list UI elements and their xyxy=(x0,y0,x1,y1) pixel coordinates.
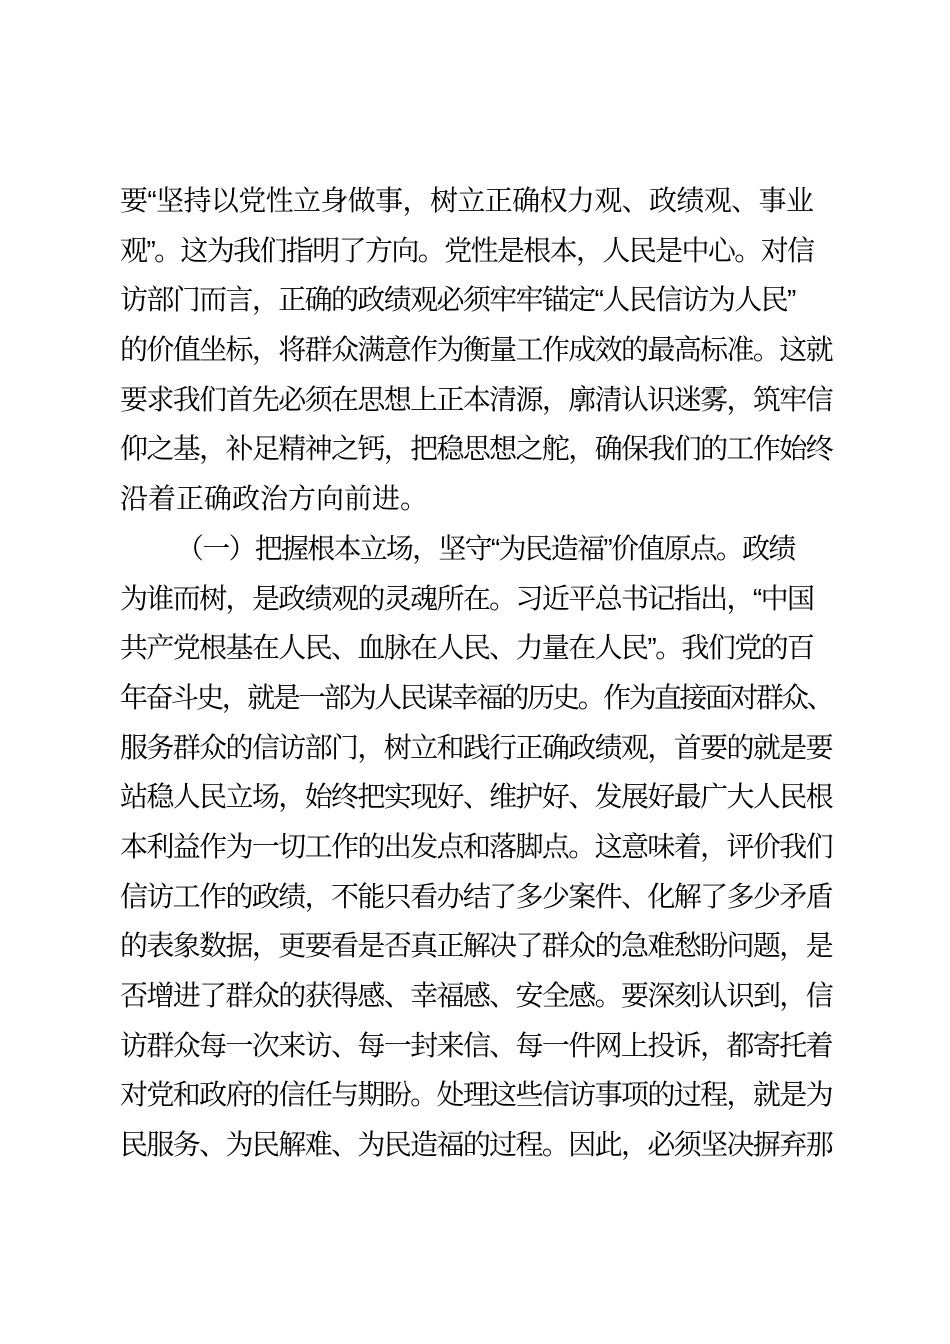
text-line: 对党和政府的信任与期盼。处理这些信访事项的过程，就是为 xyxy=(120,1070,832,1120)
text-line: 的表象数据，更要看是否真正解决了群众的急难愁盼问题，是 xyxy=(120,921,832,971)
text-line-paragraph-start: （一）把握根本立场，坚守“为民造福”价值原点。政绩 xyxy=(120,524,832,574)
text-line-paragraph-end: 沿着正确政治方向前进。 xyxy=(120,474,832,524)
text-line: 服务群众的信访部门，树立和践行正确政绩观，首要的就是要 xyxy=(120,723,832,773)
text-line: 的价值坐标，将群众满意作为衡量工作成效的最高标准。这就 xyxy=(120,325,832,375)
document-page: 要“坚持以党性立身做事，树立正确权力观、政绩观、事业 观”。这为我们指明了方向。… xyxy=(0,0,950,1344)
text-line: 民服务、为民解难、为民造福的过程。因此，必须坚决摒弃那 xyxy=(120,1120,832,1170)
text-line: 本利益作为一切工作的出发点和落脚点。这意味着，评价我们 xyxy=(120,822,832,872)
text-line: 观”。这为我们指明了方向。党性是根本，人民是中心。对信 xyxy=(120,226,832,276)
text-line: 仰之基，补足精神之钙，把稳思想之舵，确保我们的工作始终 xyxy=(120,424,832,474)
text-line: 共产党根基在人民、血脉在人民、力量在人民”。我们党的百 xyxy=(120,623,832,673)
text-line: 否增进了群众的获得感、幸福感、安全感。要深刻认识到，信 xyxy=(120,971,832,1021)
document-text-block: 要“坚持以党性立身做事，树立正确权力观、政绩观、事业 观”。这为我们指明了方向。… xyxy=(120,176,832,1170)
text-line: 为谁而树，是政绩观的灵魂所在。习近平总书记指出，“中国 xyxy=(120,574,832,624)
text-line: 信访工作的政绩，不能只看办结了多少案件、化解了多少矛盾 xyxy=(120,872,832,922)
text-line: 年奋斗史，就是一部为人民谋幸福的历史。作为直接面对群众、 xyxy=(120,673,832,723)
text-line: 访群众每一次来访、每一封来信、每一件网上投诉，都寄托着 xyxy=(120,1021,832,1071)
text-line: 站稳人民立场，始终把实现好、维护好、发展好最广大人民根 xyxy=(120,772,832,822)
text-line: 要求我们首先必须在思想上正本清源，廓清认识迷雾，筑牢信 xyxy=(120,375,832,425)
text-line: 要“坚持以党性立身做事，树立正确权力观、政绩观、事业 xyxy=(120,176,832,226)
text-line: 访部门而言，正确的政绩观必须牢牢锚定“人民信访为人民” xyxy=(120,275,832,325)
